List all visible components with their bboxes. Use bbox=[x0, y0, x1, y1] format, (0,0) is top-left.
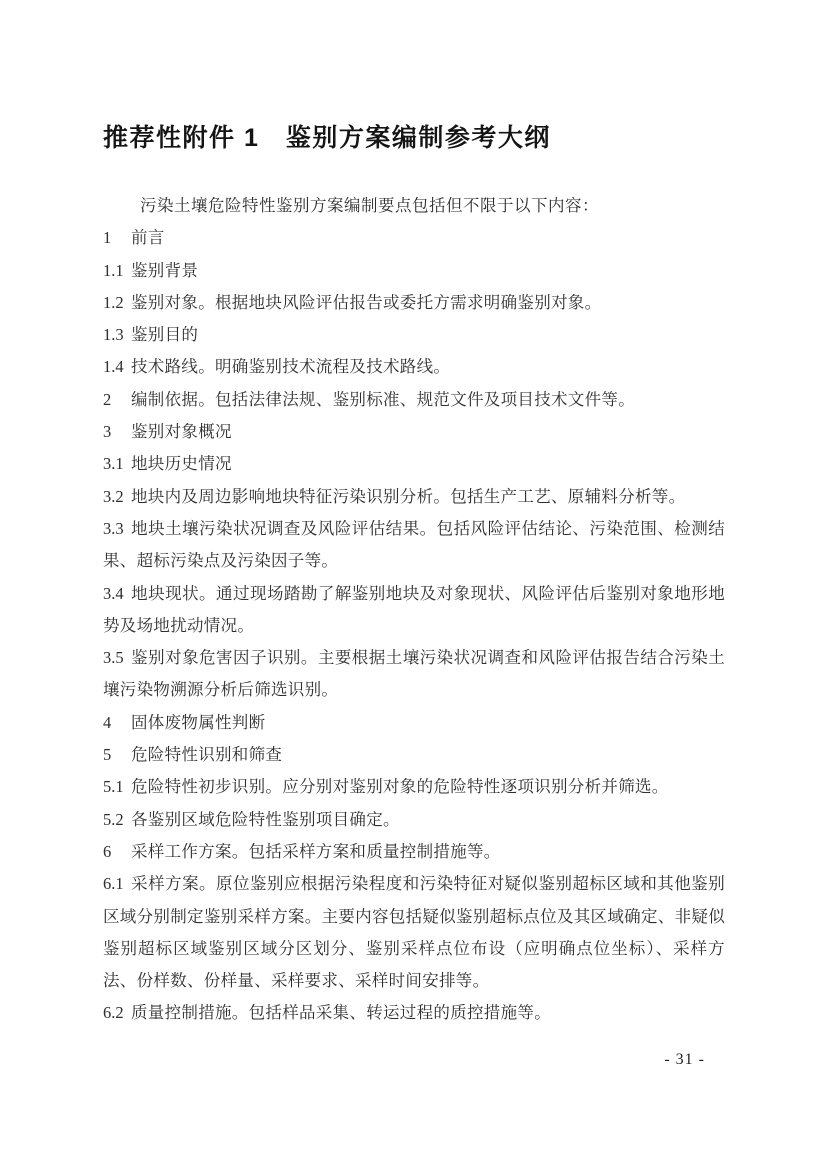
item-number: 5.2 bbox=[103, 804, 131, 836]
item-text: 质量控制措施。包括样品采集、转运过程的质控措施等。 bbox=[131, 1003, 551, 1022]
item-text: 鉴别对象危害因子识别。主要根据土壤污染状况调查和风险评估报告结合污染土壤污染物溯… bbox=[103, 648, 725, 699]
outline-list: 1前言 1.1鉴别背景 1.2鉴别对象。根据地块风险评估报告或委托方需求明确鉴别… bbox=[103, 222, 725, 1029]
outline-item: 5危险特性识别和筛查 bbox=[103, 739, 725, 771]
item-number: 4 bbox=[103, 707, 131, 739]
outline-item: 1.3鉴别目的 bbox=[103, 319, 725, 351]
item-number: 6.2 bbox=[103, 997, 131, 1029]
item-text: 技术路线。明确鉴别技术流程及技术路线。 bbox=[131, 357, 450, 376]
outline-item: 3.3地块土壤污染状况调查及风险评估结果。包括风险评估结论、污染范围、检测结果、… bbox=[103, 513, 725, 578]
item-text: 固体废物属性判断 bbox=[131, 713, 265, 732]
outline-item: 1.4技术路线。明确鉴别技术流程及技术路线。 bbox=[103, 351, 725, 383]
page-title: 推荐性附件 1 鉴别方案编制参考大纲 bbox=[103, 118, 725, 154]
item-number: 1.2 bbox=[103, 287, 131, 319]
outline-item: 1前言 bbox=[103, 222, 725, 254]
item-number: 3.3 bbox=[103, 513, 131, 545]
item-text: 危险特性识别和筛查 bbox=[131, 745, 282, 764]
outline-item: 5.1危险特性初步识别。应分别对鉴别对象的危险特性逐项识别分析并筛选。 bbox=[103, 771, 725, 803]
outline-item: 5.2各鉴别区域危险特性鉴别项目确定。 bbox=[103, 804, 725, 836]
item-number: 3.5 bbox=[103, 642, 131, 674]
item-number: 3.2 bbox=[103, 481, 131, 513]
item-text: 危险特性初步识别。应分别对鉴别对象的危险特性逐项识别分析并筛选。 bbox=[131, 777, 669, 796]
item-text: 地块历史情况 bbox=[131, 454, 232, 473]
item-text: 鉴别对象。根据地块风险评估报告或委托方需求明确鉴别对象。 bbox=[131, 293, 601, 312]
outline-item: 3.4地块现状。通过现场踏勘了解鉴别地块及对象现状、风险评估后鉴别对象地形地势及… bbox=[103, 578, 725, 643]
item-text: 各鉴别区域危险特性鉴别项目确定。 bbox=[131, 810, 400, 829]
item-text: 地块内及周边影响地块特征污染识别分析。包括生产工艺、原辅料分析等。 bbox=[131, 487, 685, 506]
item-number: 1 bbox=[103, 222, 131, 254]
item-number: 6 bbox=[103, 836, 131, 868]
item-number: 1.4 bbox=[103, 351, 131, 383]
outline-item: 2编制依据。包括法律法规、鉴别标准、规范文件及项目技术文件等。 bbox=[103, 384, 725, 416]
outline-item: 3.1地块历史情况 bbox=[103, 448, 725, 480]
item-number: 3 bbox=[103, 416, 131, 448]
item-number: 3.4 bbox=[103, 578, 131, 610]
item-text: 前言 bbox=[131, 228, 165, 247]
item-text: 采样工作方案。包括采样方案和质量控制措施等。 bbox=[131, 842, 501, 861]
item-number: 5 bbox=[103, 739, 131, 771]
item-text: 地块现状。通过现场踏勘了解鉴别地块及对象现状、风险评估后鉴别对象地形地势及场地扰… bbox=[103, 584, 725, 635]
document-page: 推荐性附件 1 鉴别方案编制参考大纲 污染土壤危险特性鉴别方案编制要点包括但不限… bbox=[0, 0, 826, 1169]
outline-item: 3鉴别对象概况 bbox=[103, 416, 725, 448]
item-text: 鉴别目的 bbox=[131, 325, 198, 344]
item-number: 6.1 bbox=[103, 868, 131, 900]
outline-item: 6.2质量控制措施。包括样品采集、转运过程的质控措施等。 bbox=[103, 997, 725, 1029]
item-text: 地块土壤污染状况调查及风险评估结果。包括风险评估结论、污染范围、检测结果、超标污… bbox=[103, 519, 725, 570]
item-text: 鉴别对象概况 bbox=[131, 422, 232, 441]
outline-item: 3.5鉴别对象危害因子识别。主要根据土壤污染状况调查和风险评估报告结合污染土壤污… bbox=[103, 642, 725, 707]
item-text: 采样方案。原位鉴别应根据污染程度和污染特征对疑似鉴别超标区域和其他鉴别区域分别制… bbox=[103, 874, 725, 990]
item-number: 3.1 bbox=[103, 448, 131, 480]
outline-item: 6采样工作方案。包括采样方案和质量控制措施等。 bbox=[103, 836, 725, 868]
item-number: 5.1 bbox=[103, 771, 131, 803]
intro-paragraph: 污染土壤危险特性鉴别方案编制要点包括但不限于以下内容： bbox=[103, 190, 725, 222]
page-number: - 31 - bbox=[664, 1051, 705, 1069]
outline-item: 1.1鉴别背景 bbox=[103, 255, 725, 287]
item-number: 1.3 bbox=[103, 319, 131, 351]
item-number: 2 bbox=[103, 384, 131, 416]
outline-item: 1.2鉴别对象。根据地块风险评估报告或委托方需求明确鉴别对象。 bbox=[103, 287, 725, 319]
outline-item: 6.1采样方案。原位鉴别应根据污染程度和污染特征对疑似鉴别超标区域和其他鉴别区域… bbox=[103, 868, 725, 997]
item-number: 1.1 bbox=[103, 255, 131, 287]
item-text: 编制依据。包括法律法规、鉴别标准、规范文件及项目技术文件等。 bbox=[131, 390, 635, 409]
outline-item: 3.2地块内及周边影响地块特征污染识别分析。包括生产工艺、原辅料分析等。 bbox=[103, 481, 725, 513]
outline-item: 4固体废物属性判断 bbox=[103, 707, 725, 739]
item-text: 鉴别背景 bbox=[131, 261, 198, 280]
